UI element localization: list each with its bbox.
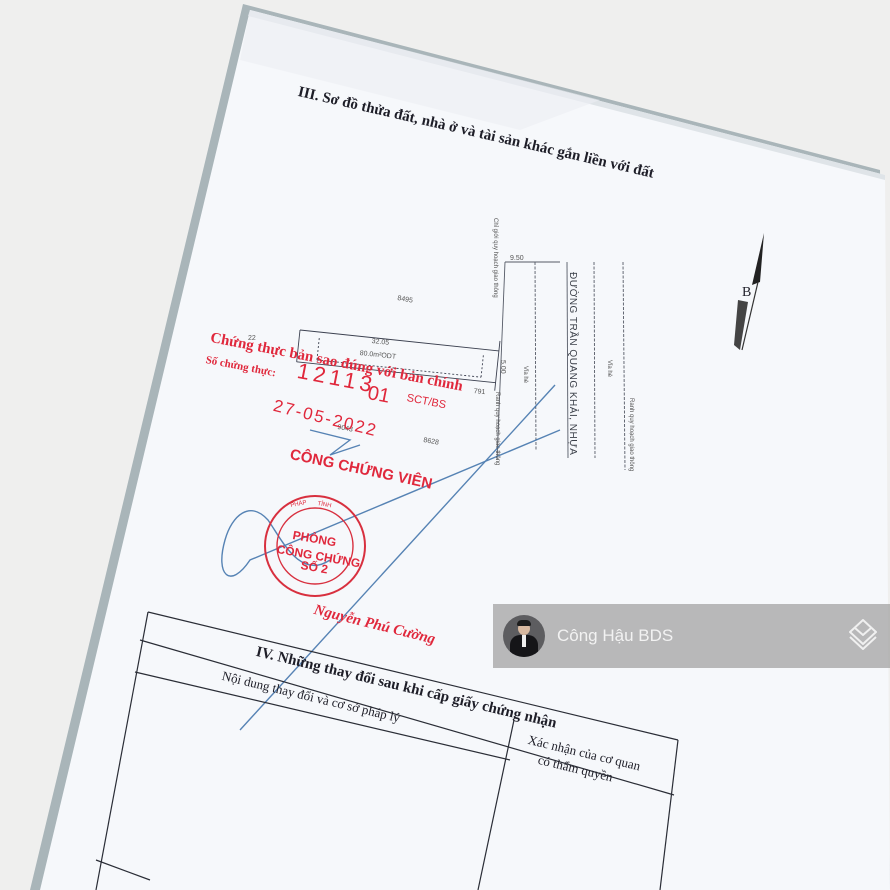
road-width-label: 9.50 — [510, 255, 524, 262]
sidewalk-label-1: Vỉa hè — [522, 366, 528, 383]
certification-quyen: 01 — [366, 382, 392, 409]
boundary-right-label-2: Ranh quy hoạch giao thông — [628, 398, 634, 471]
document-photo: III. Sơ đồ thửa đất, nhà ở và tài sản kh… — [0, 0, 890, 890]
boundary-left-label: Chỉ giới quy hoạch giao thông — [492, 218, 498, 298]
sidewalk-label-2: Vỉa hè — [606, 360, 612, 377]
author-watermark[interactable]: Công Hậu BDS — [493, 604, 890, 668]
boundary-right-label-1: Ranh quy hoạch giao thông — [494, 392, 500, 465]
neighbor-east-label: 791 — [473, 388, 485, 396]
author-name[interactable]: Công Hậu BDS — [557, 626, 673, 646]
stacked-layers-icon — [846, 618, 880, 652]
compass-label: B — [742, 285, 751, 301]
avatar[interactable] — [503, 615, 545, 657]
parcel-width-label: 5.00 — [499, 360, 506, 374]
road-name-label: ĐƯỜNG TRẦN QUANG KHẢI, NHỰA — [567, 272, 578, 455]
